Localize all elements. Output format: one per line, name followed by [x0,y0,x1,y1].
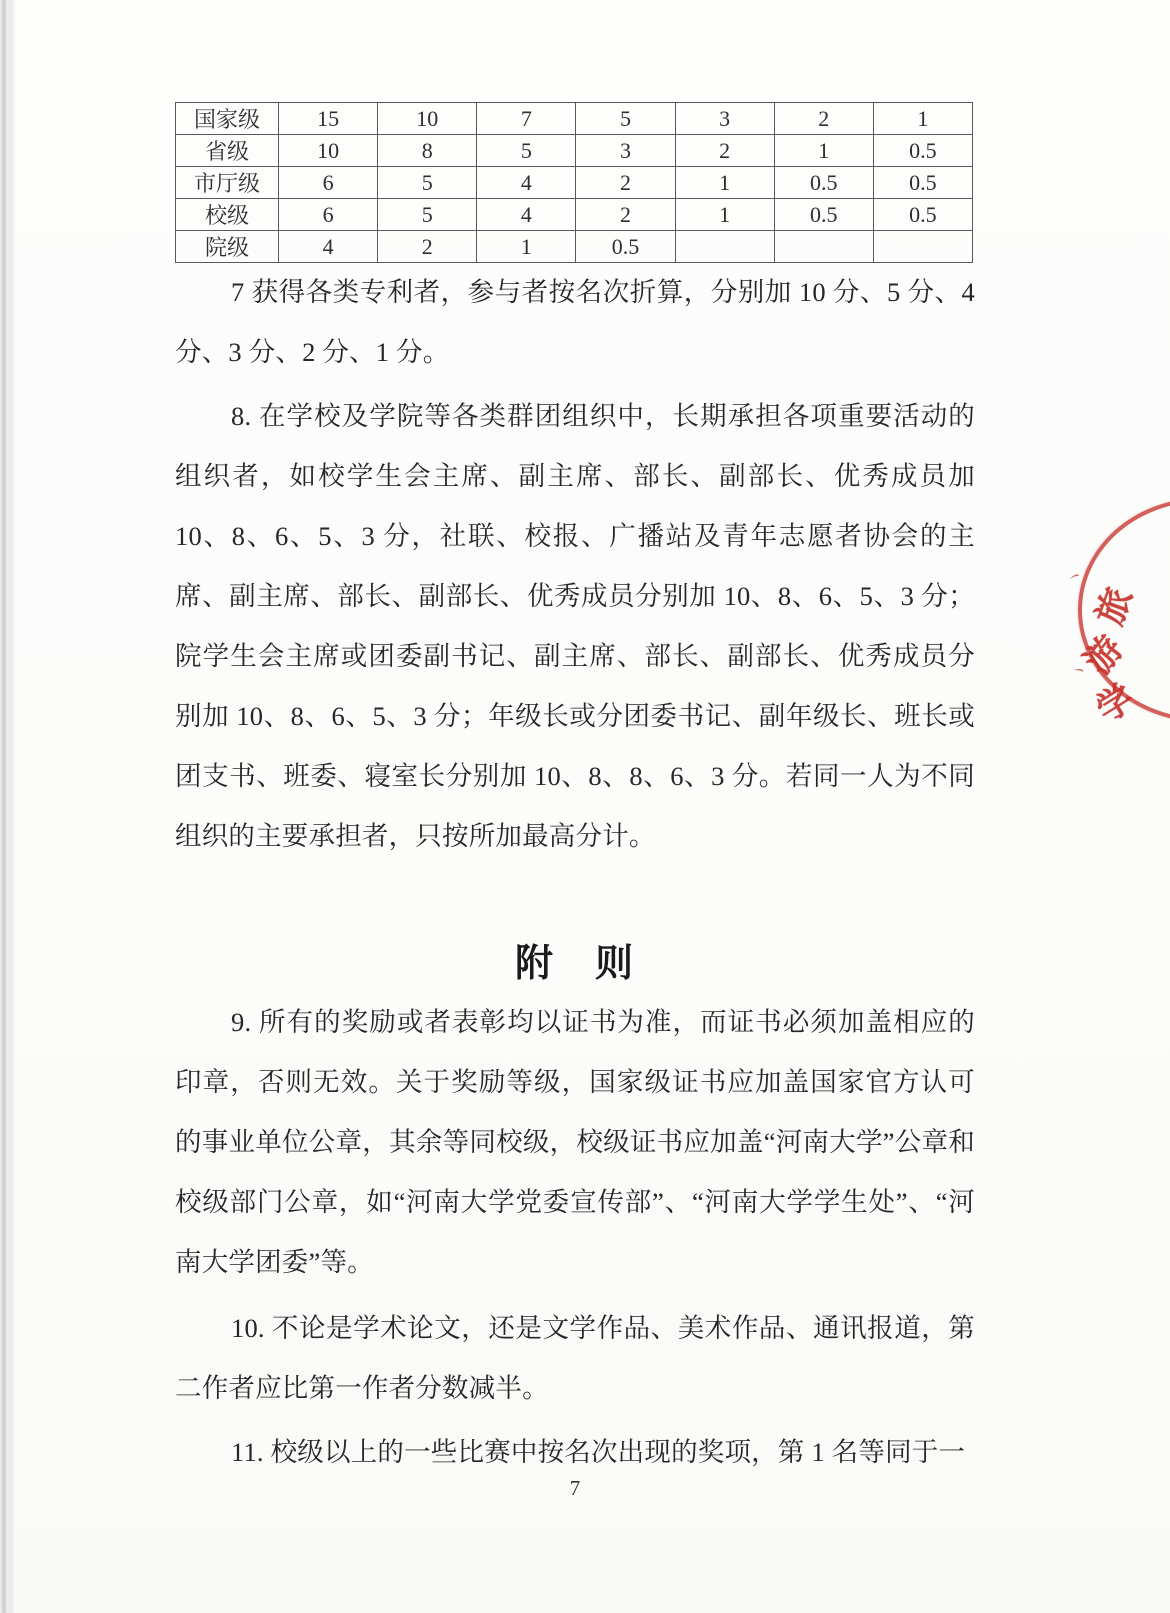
section-heading: 附 则 [175,932,975,987]
row-label-cell: 院级 [176,231,279,263]
table-row: 省级 10 8 5 3 2 1 0.5 [176,135,973,167]
table-row: 国家级 15 10 7 5 3 2 1 [176,103,973,135]
row-label-cell: 校级 [176,199,279,231]
score-cell: 10 [279,135,378,167]
score-cell: 5 [477,135,576,167]
score-cell: 3 [675,103,774,135]
score-cell: 4 [477,199,576,231]
score-cell: 2 [675,135,774,167]
score-cell: 15 [279,103,378,135]
stamp-character: 游 [1071,624,1133,684]
paragraph-11: 11. 校级以上的一些比赛中按名次出现的奖项，第 1 名等同于一 [175,1422,975,1482]
score-cell: 2 [576,167,675,199]
score-cell: 0.5 [774,199,873,231]
stamp-character: 学 [1085,670,1143,732]
score-cell: 6 [279,199,378,231]
stamp-ring-icon [1078,498,1170,722]
score-cell: 5 [378,167,477,199]
table-row: 市厅级 6 5 4 2 1 0.5 0.5 [176,167,973,199]
score-cell: 3 [576,135,675,167]
score-cell: 4 [279,231,378,263]
score-cell: 2 [774,103,873,135]
scanned-page: 国家级 15 10 7 5 3 2 1 省级 10 8 5 3 2 1 0.5 … [0,0,1170,1613]
row-label-cell: 省级 [176,135,279,167]
score-table: 国家级 15 10 7 5 3 2 1 省级 10 8 5 3 2 1 0.5 … [175,102,973,263]
score-cell [675,231,774,263]
score-cell: 4 [477,167,576,199]
score-cell: 1 [477,231,576,263]
score-cell: 1 [675,167,774,199]
score-cell: 0.5 [774,167,873,199]
score-cell: 7 [477,103,576,135]
score-cell: 1 [774,135,873,167]
score-cell: 6 [279,167,378,199]
score-cell: 0.5 [873,135,972,167]
score-cell [873,231,972,263]
official-stamp: 丶 旅 游 丶 学 [1040,480,1170,740]
paragraph-9: 9. 所有的奖励或者表彰均以证书为准，而证书必须加盖相应的印章，否则无效。关于奖… [175,992,975,1292]
table-row: 院级 4 2 1 0.5 [176,231,973,263]
stamp-character: 旅 [1082,580,1142,631]
score-cell: 2 [378,231,477,263]
score-cell: 5 [576,103,675,135]
paragraph-7: 7 获得各类专利者，参与者按名次折算，分别加 10 分、5 分、4 分、3 分、… [175,262,975,382]
paragraph-10: 10. 不论是学术论文，还是文学作品、美术作品、通讯报道，第二作者应比第一作者分… [175,1298,975,1418]
table-row: 校级 6 5 4 2 1 0.5 0.5 [176,199,973,231]
score-cell: 2 [576,199,675,231]
score-cell [774,231,873,263]
score-cell: 1 [873,103,972,135]
scan-edge [0,0,16,1613]
score-cell: 8 [378,135,477,167]
stamp-mark-icon: 丶 [1064,655,1095,686]
paragraph-8: 8. 在学校及学院等各类群团组织中，长期承担各项重要活动的组织者，如校学生会主席… [175,386,975,866]
stamp-mark-icon: 丶 [1060,564,1091,590]
row-label-cell: 市厅级 [176,167,279,199]
score-cell: 0.5 [873,199,972,231]
row-label-cell: 国家级 [176,103,279,135]
page-number: 7 [175,1476,975,1501]
score-cell: 1 [675,199,774,231]
score-cell: 10 [378,103,477,135]
score-cell: 5 [378,199,477,231]
score-cell: 0.5 [873,167,972,199]
score-cell: 0.5 [576,231,675,263]
